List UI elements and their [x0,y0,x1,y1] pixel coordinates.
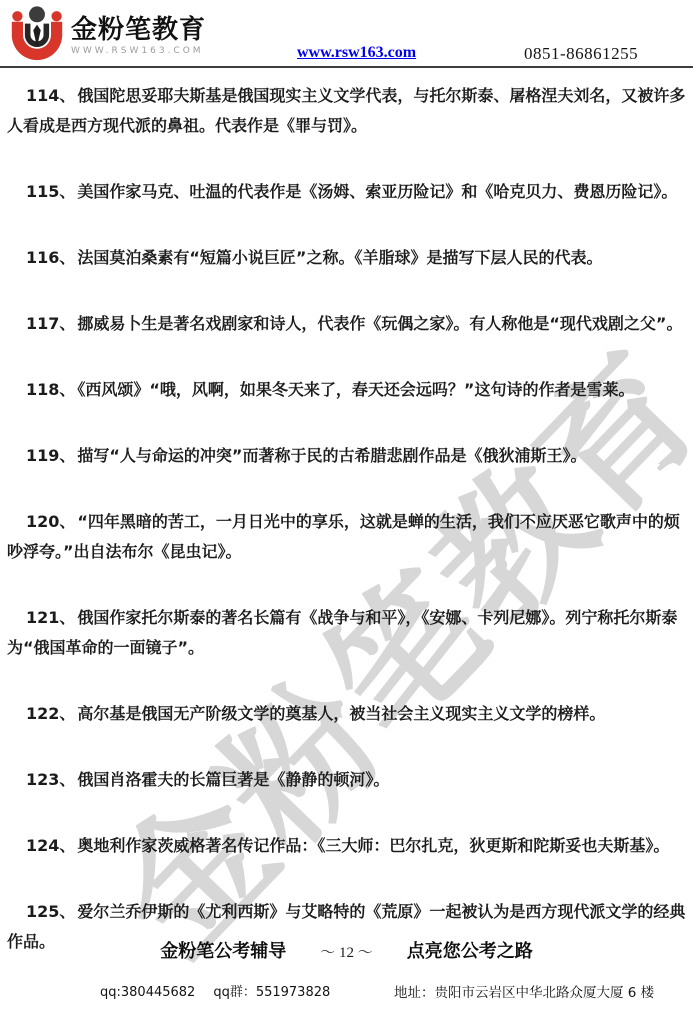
item-text: 描写“人与命运的冲突”而著称于民的古希腊悲剧作品是《俄狄浦斯王》。 [77,446,586,465]
item-number: 121、 [26,608,75,627]
item-number: 122、 [26,704,75,723]
brand-name: 金粉笔教育 [71,16,206,44]
item-number: 118、 [26,380,75,399]
knowledge-list: 114、俄国陀思妥耶夫斯基是俄国现实主义文学代表，与托尔斯泰、屠格涅夫刘名，又被… [7,81,688,993]
item-text: 法国莫泊桑素有“短篇小说巨匠”之称。《羊脂球》是描写下层人民的代表。 [77,248,602,267]
item-text: 俄国作家托尔斯泰的著名长篇有《战争与和平》，《安娜、卡列尼娜》。列宁称托尔斯泰为… [7,608,677,657]
list-item: 120、“四年黑暗的苦工，一月日光中的享乐，这就是蝉的生活，我们不应厌恶它歌声中… [7,507,688,567]
list-item: 118、《西风颂》“哦，风啊，如果冬天来了，春天还会远吗？”这句诗的作者是雪莱。 [7,375,688,405]
footer-slogan: 点亮您公考之路 [407,937,533,963]
item-text: “四年黑暗的苦工，一月日光中的享乐，这就是蝉的生活，我们不应厌恶它歌声中的烦吵浮… [7,512,680,561]
item-text: 美国作家马克、吐温的代表作是《汤姆、索亚历险记》和《哈克贝力、费恩历险记》。 [77,182,677,201]
item-text: 奥地利作家茨威格著名传记作品：《三大师：巴尔扎克，狄更斯和陀斯妥也夫斯基》。 [77,836,669,855]
list-item: 115、美国作家马克、吐温的代表作是《汤姆、索亚历险记》和《哈克贝力、费恩历险记… [7,177,688,207]
footer-line: 金粉笔公考辅导 ～ 12 ～ 点亮您公考之路 [0,937,693,963]
list-item: 119、描写“人与命运的冲突”而著称于民的古希腊悲剧作品是《俄狄浦斯王》。 [7,441,688,471]
page-number: ～ 12 ～ [320,941,373,962]
item-text: 俄国肖洛霍夫的长篇巨著是《静静的顿河》。 [77,770,389,789]
list-item: 121、俄国作家托尔斯泰的著名长篇有《战争与和平》，《安娜、卡列尼娜》。列宁称托… [7,603,688,663]
item-number: 120、 [26,512,75,531]
item-number: 119、 [26,446,75,465]
item-text: 俄国陀思妥耶夫斯基是俄国现实主义文学代表，与托尔斯泰、屠格涅夫刘名，又被许多人看… [7,86,685,135]
item-number: 115、 [26,182,75,201]
list-item: 122、高尔基是俄国无产阶级文学的奠基人，被当社会主义现实主义文学的榜样。 [7,699,688,729]
item-number: 117、 [26,314,75,333]
address: 地址：贵阳市云岩区中华北路众厦大厦 6 楼 [394,981,654,1001]
item-text: 挪威易卜生是著名戏剧家和诗人，代表作《玩偶之家》。有人称他是“现代戏剧之父”。 [77,314,682,333]
item-number: 116、 [26,248,75,267]
item-number: 124、 [26,836,75,855]
brand-url: WWW.RSW163.COM [71,46,206,56]
list-item: 114、俄国陀思妥耶夫斯基是俄国现实主义文学代表，与托尔斯泰、屠格涅夫刘名，又被… [7,81,688,141]
list-item: 123、俄国肖洛霍夫的长篇巨著是《静静的顿河》。 [7,765,688,795]
qq-personal: qq:380445682 [100,985,195,1000]
footer-course-label: 金粉笔公考辅导 [160,937,286,963]
brand-logo-icon [9,4,65,62]
phone-number: 0851-86861255 [524,44,638,64]
item-number: 123、 [26,770,75,789]
logo: 金粉笔教育 WWW.RSW163.COM [9,4,206,62]
item-text: 《西风颂》“哦，风啊，如果冬天来了，春天还会远吗？”这句诗的作者是雪莱。 [77,380,634,399]
item-number: 114、 [26,86,75,105]
page-header: 金粉笔教育 WWW.RSW163.COM www.rsw163.com 0851… [0,0,693,68]
logo-text-block: 金粉笔教育 WWW.RSW163.COM [71,10,206,56]
qq-group: qq群：551973828 [213,985,330,1000]
list-item: 124、奥地利作家茨威格著名传记作品：《三大师：巴尔扎克，狄更斯和陀斯妥也夫斯基… [7,831,688,861]
item-text: 高尔基是俄国无产阶级文学的奠基人，被当社会主义现实主义文学的榜样。 [77,704,605,723]
list-item: 117、挪威易卜生是著名戏剧家和诗人，代表作《玩偶之家》。有人称他是“现代戏剧之… [7,309,688,339]
contact-line: qq:380445682qq群：551973828 地址：贵阳市云岩区中华北路众… [0,981,693,1003]
list-item: 116、法国莫泊桑素有“短篇小说巨匠”之称。《羊脂球》是描写下层人民的代表。 [7,243,688,273]
item-number: 125、 [26,902,75,921]
website-link[interactable]: www.rsw163.com [297,44,416,62]
qq-info: qq:380445682qq群：551973828 [100,981,330,1000]
